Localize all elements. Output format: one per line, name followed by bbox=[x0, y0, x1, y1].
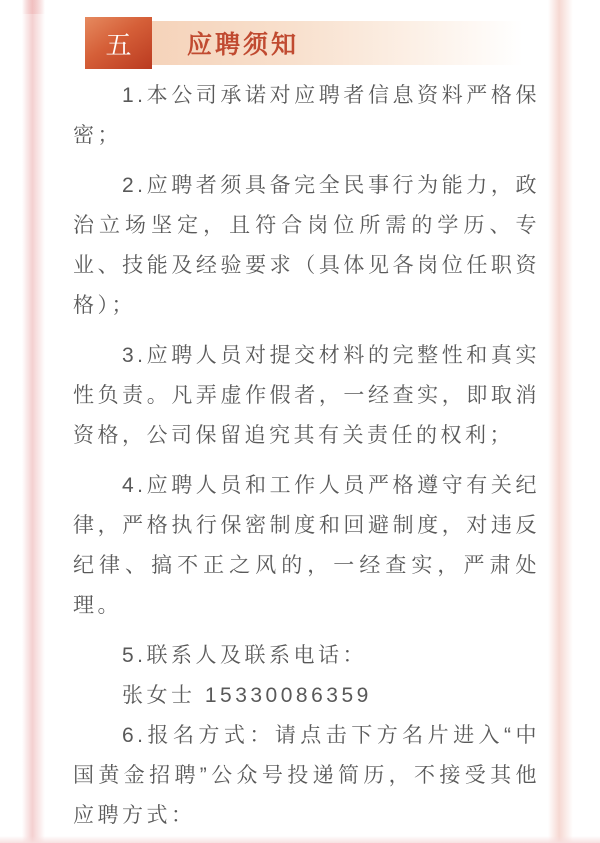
notice-content: 1.本公司承诺对应聘者信息资料严格保密； 2.应聘者须具备完全民事行为能力，政治… bbox=[73, 76, 540, 836]
section-title-banner: 应聘须知 bbox=[152, 21, 555, 65]
section-title: 应聘须知 bbox=[187, 25, 299, 61]
notice-paragraph-confidentiality: 1.本公司承诺对应聘者信息资料严格保密； bbox=[73, 76, 540, 156]
section-number-badge: 五 bbox=[85, 17, 152, 69]
article-page: 五 应聘须知 1.本公司承诺对应聘者信息资料严格保密； 2.应聘者须具备完全民事… bbox=[0, 0, 600, 843]
notice-paragraph-qualifications: 2.应聘者须具备完全民事行为能力，政治立场坚定，且符合岗位所需的学历、专业、技能… bbox=[73, 166, 540, 326]
bottom-pink-border bbox=[0, 836, 600, 843]
notice-paragraph-apply-method: 6.报名方式：请点击下方名片进入“中国黄金招聘”公众号投递简历，不接受其他应聘方… bbox=[73, 716, 540, 836]
notice-paragraph-discipline: 4.应聘人员和工作人员严格遵守有关纪律，严格执行保密制度和回避制度，对违反纪律、… bbox=[73, 466, 540, 626]
notice-paragraph-authenticity: 3.应聘人员对提交材料的完整性和真实性负责。凡弄虚作假者，一经查实，即取消资格，… bbox=[73, 336, 540, 456]
notice-paragraph-contact-label: 5.联系人及联系电话： bbox=[73, 636, 540, 676]
left-pink-border bbox=[22, 0, 45, 843]
section-header: 五 应聘须知 bbox=[85, 17, 555, 69]
right-pink-border bbox=[548, 0, 573, 843]
section-number: 五 bbox=[105, 25, 131, 62]
notice-contact-info: 张女士 15330086359 bbox=[73, 676, 540, 716]
